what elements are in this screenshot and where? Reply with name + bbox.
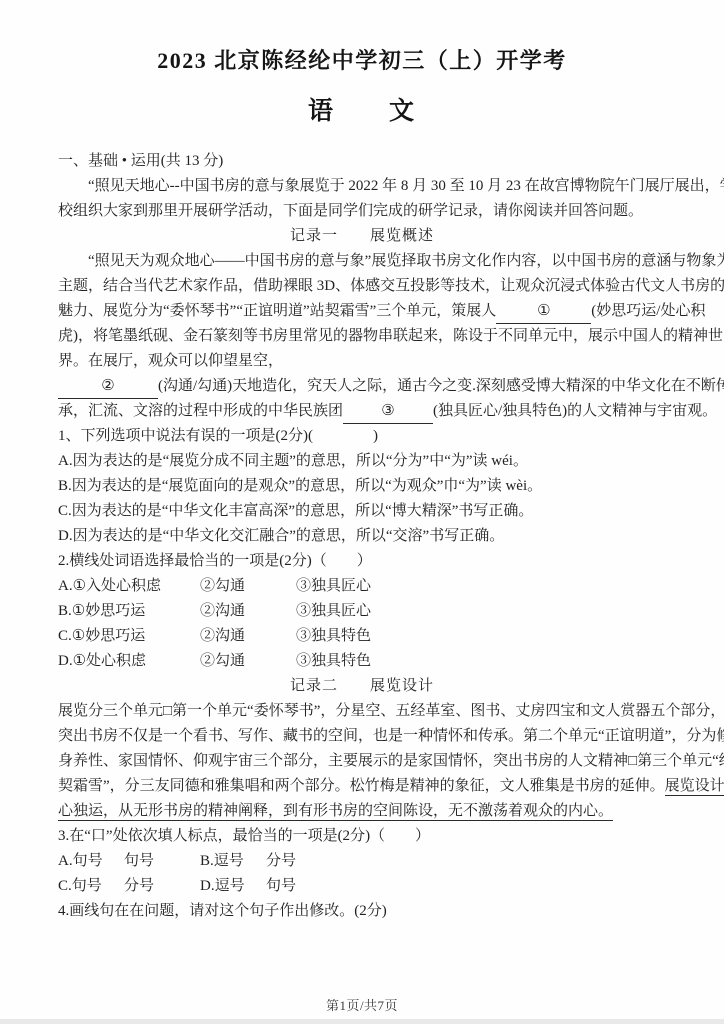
doc-line: 突出书房不仅是一个看书、写作、藏书的空间，也是一种情怀和传承。第二个单元“正谊明…: [58, 724, 666, 749]
text-segment: 突出书房不仅是一个看书、写作、藏书的空间，也是一种情怀和传承。第二个单元“正谊明…: [58, 728, 724, 744]
text-segment: C.因为表达的是“中华文化丰富高深”的意思，所以“博大精深”书写正确。: [58, 503, 533, 519]
text-segment: “照见天为观众地心——中国书房的意与象”展览择取书房文化作内容，以中国书房的意涵…: [58, 253, 724, 269]
option-cell: 句号: [124, 849, 200, 874]
doc-line: 校组织大家到那里开展研学活动，下面是同学们完成的研学记录，请你阅读并回答问题。: [58, 199, 666, 224]
options-row: C.①妙思巧运②沟通③独具特色: [58, 624, 666, 649]
text-segment: B.因为表达的是“展览面向的是观众”的意思，所以“为观众”巾“为”读 wèi。: [58, 478, 542, 494]
doc-line: 虎)，将笔墨纸砚、金石篆刻等书房里常见的器物串联起来，陈设于不同单元中，展示中国…: [58, 324, 666, 349]
doc-line: 身养性、家国情怀、仰观宇宙三个部分，主要展示的是家国情怀，突出书房的人文精神□第…: [58, 749, 666, 774]
doc-line: 心独运，从无形书房的精神阐释，到有形书房的空间陈设，无不激荡着观众的内心。: [58, 799, 666, 824]
underlined-text: 展览设计匠: [665, 778, 724, 796]
doc-line: 界。在展厅，观众可以仰望星空，: [58, 349, 666, 374]
text-segment: (妙思巧运/处心积: [591, 303, 705, 319]
page-footer: 第1页/共7页: [0, 995, 724, 1014]
text-segment: 4.画线句在在问题，请对这个句子作出修改。(2分): [58, 903, 387, 919]
option-cell: ③独具匠心: [296, 599, 666, 624]
option-cell: ②勾通: [200, 649, 296, 674]
text-segment: 展览分三个单元□第一个单元“委怀琴书”，分星空、五经革室、图书、丈房四宝和文人赏…: [58, 703, 724, 719]
option-cell: 句号: [266, 874, 666, 899]
page-title: 2023 北京陈经纶中学初三（上）开学考: [0, 0, 724, 75]
option-cell: ③独具特色: [296, 649, 666, 674]
doc-line: 契霜雪”，分三友同德和雅集唱和两个部分。松竹梅是精神的象征，文人雅集是书房的延伸…: [58, 774, 666, 799]
record-heading: 记录二 展览设计: [58, 674, 666, 699]
option-cell: C.①妙思巧运: [58, 624, 200, 649]
text-segment: 魅力、展览分为“委怀琴书”“正谊明道”站契霜雪”三个单元，策展人: [58, 303, 496, 319]
doc-line: C.因为表达的是“中华文化丰富高深”的意思，所以“博大精深”书写正确。: [58, 499, 666, 524]
options-row: A.①入处心积虑②勾通③独具匠心: [58, 574, 666, 599]
option-cell: C.句号: [58, 874, 124, 899]
doc-line: B.因为表达的是“展览面向的是观众”的意思，所以“为观众”巾“为”读 wèi。: [58, 474, 666, 499]
record-heading: 记录一 展览概述: [58, 224, 666, 249]
subject-title: 语 文: [0, 91, 724, 127]
doc-line: “照见天为观众地心——中国书房的意与象”展览择取书房文化作内容，以中国书房的意涵…: [58, 249, 666, 274]
option-cell: A.句号: [58, 849, 124, 874]
text-segment: D.因为表达的是“中华文化交汇融合”的意思，所以“交溶”书写正确。: [58, 528, 504, 544]
text-segment: 3.在“口”处依次填人标点，最恰当的一项是(2分)（ ）: [58, 828, 430, 844]
doc-line: A.因为表达的是“展览分成不同主题”的意思，所以“分为”中“为”读 wéi。: [58, 449, 666, 474]
doc-line: “照见天地心--中国书房的意与象展览于 2022 年 8 月 30 至 10 月…: [58, 174, 666, 199]
doc-line: 一、基础 • 运用(共 13 分): [58, 149, 666, 174]
doc-line: 3.在“口”处依次填人标点，最恰当的一项是(2分)（ ）: [58, 824, 666, 849]
document-body: 一、基础 • 运用(共 13 分) “照见天地心--中国书房的意与象展览于 20…: [58, 149, 666, 924]
options-row: B.①妙思巧运②沟通③独具匠心: [58, 599, 666, 624]
text-segment: 身养性、家国情怀、仰观宇宙三个部分，主要展示的是家国情怀，突出书房的人文精神□第…: [58, 753, 724, 769]
doc-line: 主题，结合当代艺术家作品，借助裸眼 3D、体感交互投影等技术，让观众沉浸式体验古…: [58, 274, 666, 299]
options-row: C.句号分号D.逗号句号: [58, 874, 666, 899]
text-segment: 界。在展厅，观众可以仰望星空，: [58, 353, 283, 369]
option-cell: B.①妙思巧运: [58, 599, 200, 624]
exam-page: 2023 北京陈经纶中学初三（上）开学考 语 文 一、基础 • 运用(共 13 …: [0, 0, 724, 1024]
text-segment: 校组织大家到那里开展研学活动，下面是同学们完成的研学记录，请你阅读并回答问题。: [58, 203, 643, 219]
option-cell: D.①处心积虑: [58, 649, 200, 674]
text-segment: A.因为表达的是“展览分成不同主题”的意思，所以“分为”中“为”读 wéi。: [58, 453, 528, 469]
doc-line: 展览分三个单元□第一个单元“委怀琴书”，分星空、五经革室、图书、丈房四宝和文人赏…: [58, 699, 666, 724]
underlined-text: 心独运，从无形书房的精神阐释，到有形书房的空间陈设，无不激荡着观众的内心。: [58, 803, 613, 821]
option-cell: 分号: [124, 874, 200, 899]
option-cell: D.逗号: [200, 874, 266, 899]
text-segment: 2.横线处词语选择最恰当的一项是(2分)（ ）: [58, 553, 372, 569]
text-segment: (独具匠心/独具特色)的人文精神与宇宙观。: [433, 403, 717, 419]
text-segment: “照见天地心--中国书房的意与象展览于 2022 年 8 月 30 至 10 月…: [58, 178, 724, 194]
options-row: A.句号句号B.逗号分号: [58, 849, 666, 874]
answer-blank: ③: [343, 400, 433, 424]
option-cell: ②勾通: [200, 574, 296, 599]
options-row: D.①处心积虑②勾通③独具特色: [58, 649, 666, 674]
option-cell: 分号: [266, 849, 666, 874]
option-cell: ②沟通: [200, 624, 296, 649]
answer-blank: ①: [496, 300, 591, 324]
text-segment: 1、下列选项中说法有误的一项是(2分)( ): [58, 428, 378, 444]
doc-line: 魅力、展览分为“委怀琴书”“正谊明道”站契霜雪”三个单元，策展人①(妙思巧运/处…: [58, 299, 666, 324]
doc-line: 承，汇流、文溶的过程中形成的中华民族团③(独具匠心/独具特色)的人文精神与宇宙观…: [58, 399, 666, 424]
text-segment: 承，汇流、文溶的过程中形成的中华民族团: [58, 403, 343, 419]
doc-line: 2.横线处词语选择最恰当的一项是(2分)（ ）: [58, 549, 666, 574]
doc-line: 1、下列选项中说法有误的一项是(2分)( ): [58, 424, 666, 449]
option-cell: A.①入处心积虑: [58, 574, 200, 599]
option-cell: ③独具特色: [296, 624, 666, 649]
option-cell: ②沟通: [200, 599, 296, 624]
text-segment: 契霜雪”，分三友同德和雅集唱和两个部分。松竹梅是精神的象征，文人雅集是书房的延伸…: [58, 778, 665, 794]
option-cell: ③独具匠心: [296, 574, 666, 599]
answer-blank: ②: [58, 375, 158, 399]
doc-line: 4.画线句在在问题，请对这个句子作出修改。(2分): [58, 899, 666, 924]
text-segment: 主题，结合当代艺术家作品，借助裸眼 3D、体感交互投影等技术，让观众沉浸式体验古…: [58, 278, 724, 294]
option-cell: B.逗号: [200, 849, 266, 874]
doc-line: ②(沟通/勾通)天地造化，究天人之际，通古今之变.深刻感受博大精深的中华文化在不…: [58, 374, 666, 399]
doc-line: D.因为表达的是“中华文化交汇融合”的意思，所以“交溶”书写正确。: [58, 524, 666, 549]
text-segment: 虎)，将笔墨纸砚、金石篆刻等书房里常见的器物串联起来，陈设于不同单元中，展示中国…: [58, 328, 723, 344]
text-segment: 一、基础 • 运用(共 13 分): [58, 153, 223, 169]
text-segment: (沟通/勾通)天地造化，究天人之际，通古今之变.深刻感受博大精深的中华文化在不断…: [158, 378, 724, 394]
